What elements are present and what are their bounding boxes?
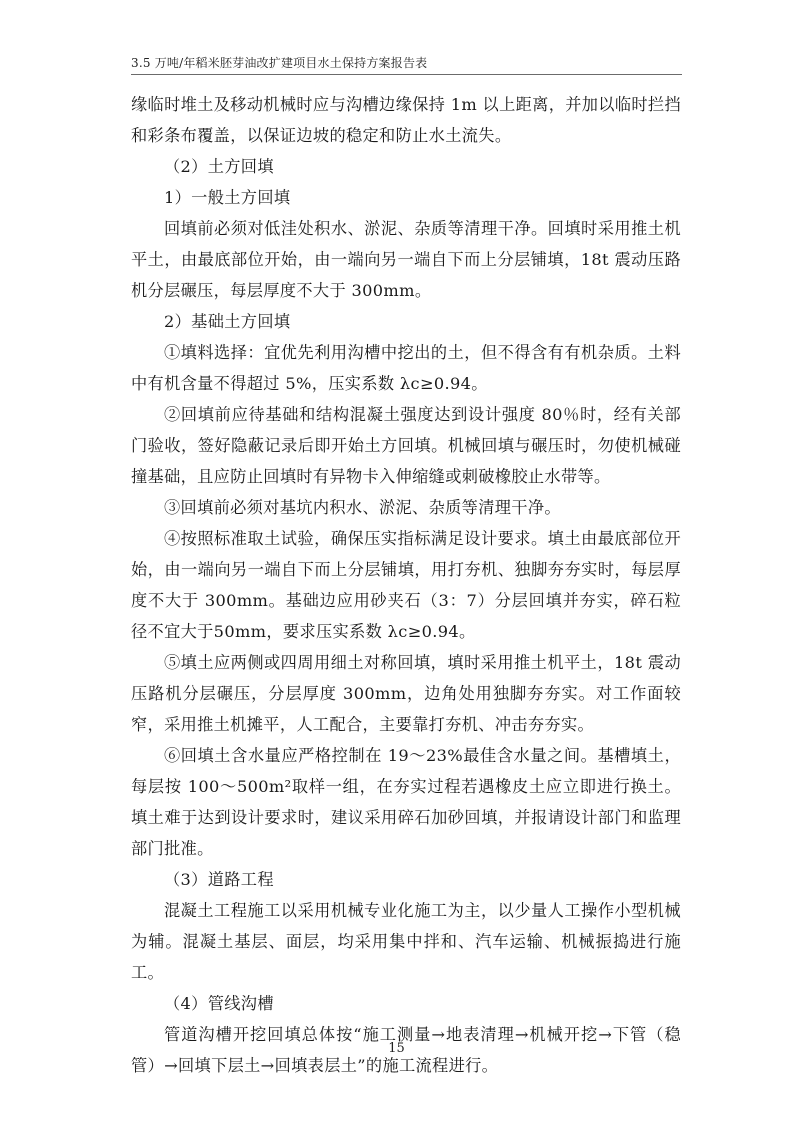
paragraph-continuation: 缘临时堆土及移动机械时应与沟槽边缘保持 1m 以上距离，并加以临时拦挡和彩条布覆… bbox=[131, 89, 681, 151]
paragraph-item-1: ①填料选择：宜优先利用沟槽中挖出的土，但不得含有有机杂质。土料中有机含量不得超过… bbox=[131, 337, 681, 399]
page-header: 3.5 万吨/年稻米胚芽油改扩建项目水土保持方案报告表 bbox=[131, 56, 682, 75]
paragraph-general-backfill: 回填前必须对低洼处积水、淤泥、杂质等清理干净。回填时采用推土机平土，由最底部位开… bbox=[131, 213, 681, 306]
paragraph-item-4: ④按照标准取土试验，确保压实指标满足设计要求。填土由最底部位开始，由一端向另一端… bbox=[131, 523, 681, 647]
section-heading-road-works: （3）道路工程 bbox=[131, 864, 681, 895]
document-title: 3.5 万吨/年稻米胚芽油改扩建项目水土保持方案报告表 bbox=[131, 56, 682, 71]
page-body: 缘临时堆土及移动机械时应与沟槽边缘保持 1m 以上距离，并加以临时拦挡和彩条布覆… bbox=[131, 89, 681, 1081]
section-heading-pipeline-trench: （4）管线沟槽 bbox=[131, 988, 681, 1019]
paragraph-item-2: ②回填前应待基础和结构混凝土强度达到设计强度 80％时，经有关部门验收，签好隐蔽… bbox=[131, 399, 681, 492]
paragraph-item-3: ③回填前必须对基坑内积水、淤泥、杂质等清理干净。 bbox=[131, 492, 681, 523]
paragraph-item-5: ⑤填土应两侧或四周用细土对称回填，填时采用推土机平土，18t 震动压路机分层碾压… bbox=[131, 647, 681, 740]
paragraph-road-works: 混凝土工程施工以采用机械专业化施工为主，以少量人工操作小型机械为辅。混凝土基层、… bbox=[131, 895, 681, 988]
subsection-heading-general-backfill: 1）一般土方回填 bbox=[131, 182, 681, 213]
subsection-heading-foundation-backfill: 2）基础土方回填 bbox=[131, 306, 681, 337]
paragraph-item-6: ⑥回填土含水量应严格控制在 19～23%最佳含水量之间。基槽填土，每层按 100… bbox=[131, 740, 681, 864]
page-number: 15 bbox=[0, 1041, 793, 1056]
section-heading-earth-backfill: （2）土方回填 bbox=[131, 151, 681, 182]
